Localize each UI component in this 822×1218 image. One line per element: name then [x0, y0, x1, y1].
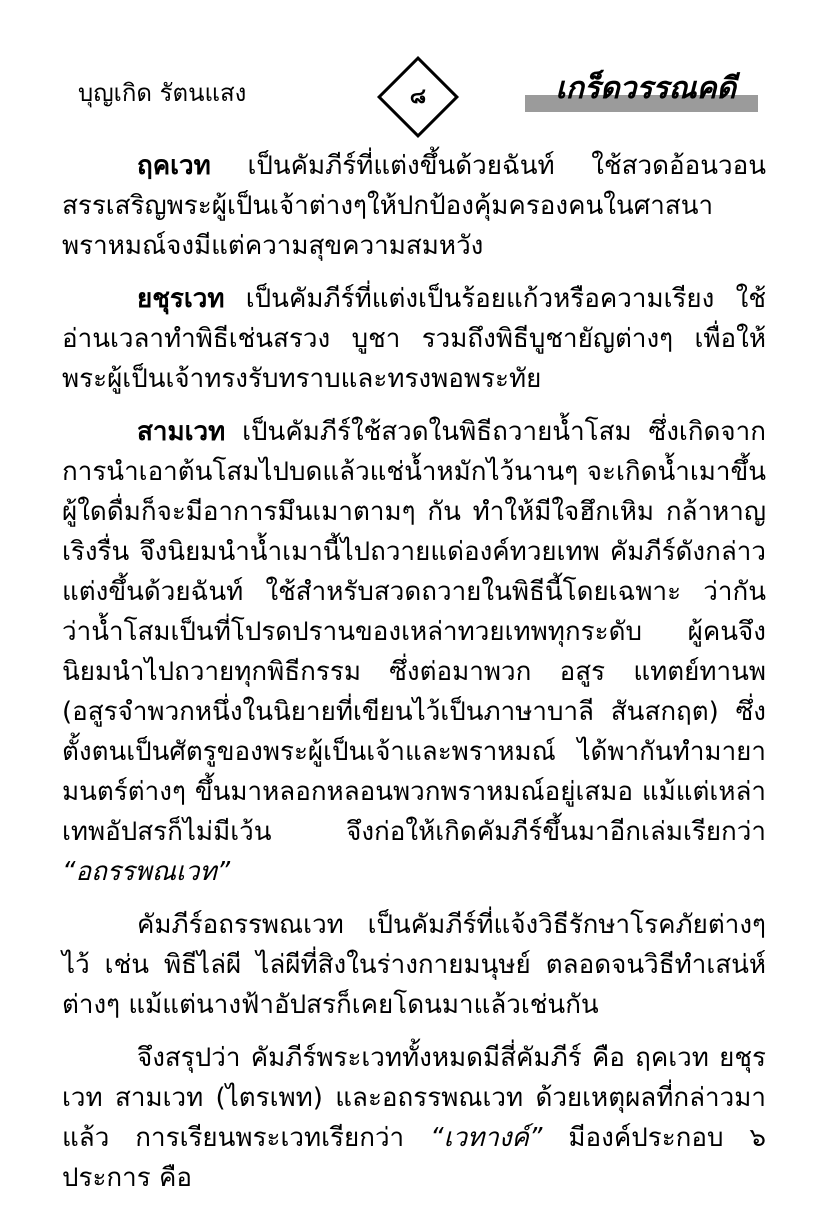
quoted-term: “เวทางค์” [430, 1123, 542, 1153]
paragraph-lead: สามเวท [137, 417, 225, 447]
page-number: ๘ [389, 68, 447, 124]
author-name: บุญเกิด รัตนแสง [78, 78, 246, 108]
paragraph-lead: ยชุรเวท [137, 284, 224, 314]
running-title: เกร็ดวรรณคดี [556, 72, 736, 106]
paragraph-text: คัมภีร์อถรรพณเวท เป็นคัมภีร์ที่แจ้งวิธีร… [62, 910, 766, 1020]
page-body: ฤคเวท เป็นคัมภีร์ที่แต่งขึ้นด้วยฉันท์ ใช… [62, 146, 766, 1211]
body-paragraph-yajurveda: ยชุรเวท เป็นคัมภีร์ที่แต่งเป็นร้อยแก้วหร… [62, 279, 766, 399]
body-paragraph-atharvaveda: คัมภีร์อถรรพณเวท เป็นคัมภีร์ที่แจ้งวิธีร… [62, 905, 766, 1025]
book-page: บุญเกิด รัตนแสง ๘ เกร็ดวรรณคดี ฤคเวท เป็… [0, 0, 822, 1218]
quoted-term: “อถรรพณเวท” [62, 857, 230, 887]
body-paragraph-rigveda: ฤคเวท เป็นคัมภีร์ที่แต่งขึ้นด้วยฉันท์ ใช… [62, 146, 766, 266]
body-paragraph-summary: จึงสรุปว่า คัมภีร์พระเวททั้งหมดมีสี่คัมภ… [62, 1038, 766, 1198]
paragraph-text: เป็นคัมภีร์ใช้สวดในพิธีถวายน้ำโสม ซึ่งเก… [62, 417, 766, 847]
paragraph-lead: ฤคเวท [137, 151, 211, 181]
body-paragraph-samaveda: สามเวท เป็นคัมภีร์ใช้สวดในพิธีถวายน้ำโสม… [62, 412, 766, 892]
